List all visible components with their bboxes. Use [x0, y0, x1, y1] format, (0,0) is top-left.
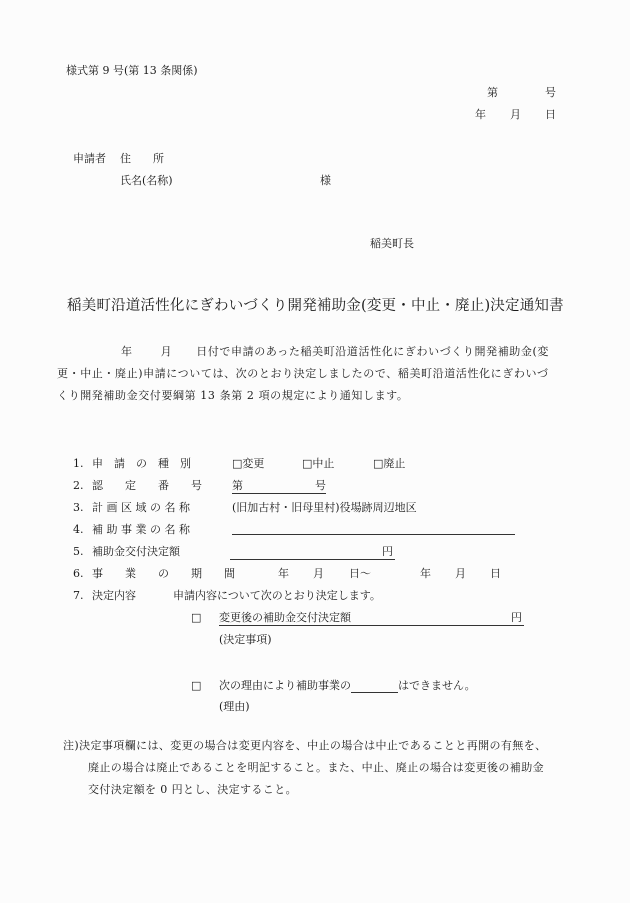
name-label: 氏名(名称): [120, 174, 173, 188]
period-end-year: 年: [420, 567, 431, 581]
number-suffix: 号: [545, 86, 556, 100]
grant-amount-field[interactable]: 円: [230, 545, 395, 560]
decision-intro: 申請内容について次のとおり決定します。: [173, 589, 381, 603]
honorific: 様: [320, 174, 331, 188]
item-3-label: 計 画 区 域 の 名 称: [92, 501, 190, 515]
item-2-no: 2.: [73, 479, 84, 493]
option2-text: 次の理由により補助事業のはできません。: [219, 679, 476, 693]
date-month: 月: [510, 108, 521, 122]
address-label: 住 所: [120, 152, 164, 166]
item-1-no: 1.: [73, 457, 84, 471]
applicant-label: 申請者: [73, 152, 106, 166]
revised-amount-field[interactable]: 変更後の補助金交付決定額 円: [219, 611, 524, 626]
period-end-day: 日: [490, 567, 501, 581]
issuer: 稲美町長: [370, 237, 414, 251]
item-5-label: 補助金交付決定額: [92, 545, 180, 559]
body-line1: 日付で申請のあった稲美町沿道活性化にぎわいづくり開発補助金(変: [196, 345, 549, 358]
type-option-abolish[interactable]: □廃止: [373, 457, 405, 471]
project-name-field[interactable]: [232, 534, 515, 535]
note-line3: 交付決定額を 0 円とし、決定すること。: [63, 779, 583, 801]
decision-option2-checkbox[interactable]: □: [191, 679, 201, 693]
date-year: 年: [475, 108, 486, 122]
item-2-label: 認 定 番 号: [92, 479, 202, 493]
option1-unit: 円: [511, 611, 522, 625]
option1-label: 変更後の補助金交付決定額: [219, 611, 351, 624]
document-title: 稲美町沿道活性化にぎわいづくり開発補助金(変更・中止・廃止)決定通知書: [67, 299, 564, 313]
reason-label: (理由): [219, 700, 250, 714]
item-5-no: 5.: [73, 545, 84, 559]
amount-unit: 円: [382, 545, 395, 558]
period-start-day: 日〜: [349, 567, 371, 581]
item-7-label: 決定内容: [92, 589, 136, 603]
form-id: 様式第 9 号(第 13 条関係): [66, 64, 198, 78]
area-name: (旧加古村・旧母里村)役場跡周辺地区: [232, 501, 417, 515]
item-7-no: 7.: [73, 589, 84, 603]
body-line3: くり開発補助金交付要綱第 13 条第 2 項の規定により通知します。: [57, 385, 579, 407]
period-start-month: 月: [313, 567, 324, 581]
body-year: 年: [121, 345, 133, 358]
option2-blank-field[interactable]: [351, 680, 398, 693]
body-month: 月: [161, 345, 173, 358]
item-4-label: 補 助 事 業 の 名 称: [92, 523, 190, 537]
type-option-change[interactable]: □変更: [232, 457, 264, 471]
date-day: 日: [545, 108, 556, 122]
period-start-year: 年: [278, 567, 289, 581]
item-4-no: 4.: [73, 523, 84, 537]
body-paragraph: 年月日付で申請のあった稲美町沿道活性化にぎわいづくり開発補助金(変 更・中止・廃…: [59, 341, 579, 407]
item-6-no: 6.: [73, 567, 84, 581]
period-end-month: 月: [455, 567, 466, 581]
cert-number-field[interactable]: 第 号: [232, 479, 326, 494]
decision-option1-checkbox[interactable]: □: [191, 611, 201, 625]
number-prefix: 第: [487, 86, 498, 100]
decision-matter-label: (決定事項): [219, 633, 272, 647]
note: 注)決定事項欄には、変更の場合は変更内容を、中止の場合は中止であることと再開の有…: [63, 735, 583, 801]
type-option-suspend[interactable]: □中止: [302, 457, 334, 471]
note-line1: 注)決定事項欄には、変更の場合は変更内容を、中止の場合は中止であることと再開の有…: [63, 735, 583, 757]
cert-prefix: 第: [232, 479, 243, 492]
option2-pre: 次の理由により補助事業の: [219, 679, 351, 692]
note-line2: 廃止の場合は廃止であることを明記すること。また、中止、廃止の場合は変更後の補助金: [63, 757, 583, 779]
body-line2: 更・中止・廃止)申請については、次のとおり決定しましたので、稲美町沿道活性化にぎ…: [57, 363, 579, 385]
item-1-label: 申 請 の 種 別: [92, 457, 191, 471]
item-3-no: 3.: [73, 501, 84, 515]
item-6-label: 事 業 の 期 間: [92, 567, 235, 581]
option2-post: はできません。: [398, 679, 476, 692]
cert-suffix: 号: [315, 479, 326, 493]
